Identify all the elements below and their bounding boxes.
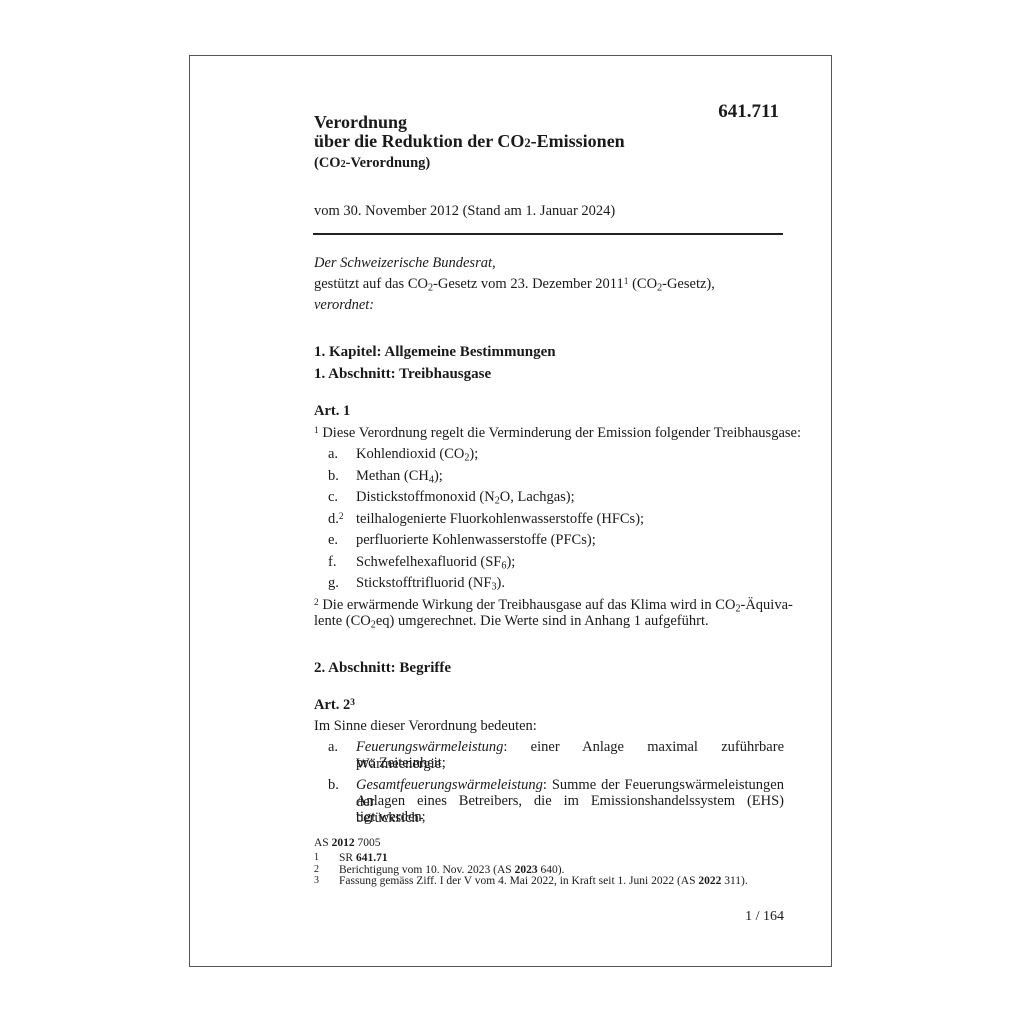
article-intro: Im Sinne dieser Verordnung bedeuten: (314, 718, 537, 735)
date-line: vom 30. November 2012 (Stand am 1. Janua… (314, 203, 615, 220)
title-line-2: über die Reduktion der CO2-Emissionen (314, 131, 625, 152)
article-heading: Art. 23 (314, 697, 355, 714)
preamble-basis: gestützt auf das CO2-Gesetz vom 23. Deze… (314, 276, 715, 293)
page-number: 1 / 164 (745, 909, 784, 925)
preamble-verb: verordnet: (314, 297, 374, 314)
title-line-1: Verordnung (314, 112, 407, 133)
definition-text: pro Zeiteinheit; (356, 755, 446, 772)
short-title: (CO2-Verordnung) (314, 155, 430, 172)
section-heading: 1. Abschnitt: Treibhausgase (314, 366, 491, 383)
list-item-label: f. (328, 554, 336, 571)
sr-number: 641.711 (718, 101, 779, 123)
footnote-number: 3 (314, 875, 319, 886)
list-item-label: e. (328, 532, 338, 549)
section-heading: 2. Abschnitt: Begriffe (314, 660, 451, 677)
list-item: Stickstofftrifluorid (NF3). (356, 575, 505, 592)
list-item: perfluorierte Kohlenwasserstoffe (PFCs); (356, 532, 596, 549)
footnote-ref[interactable]: 3 (350, 698, 355, 708)
header-divider (313, 233, 783, 235)
footnote-ref[interactable]: 2 (339, 511, 344, 521)
list-item: Distickstoffmonoxid (N2O, Lachgas); (356, 489, 575, 506)
article-paragraph: 1 Diese Verordnung regelt die Verminderu… (314, 425, 801, 442)
list-item-label: c. (328, 489, 338, 506)
list-item-label: g. (328, 575, 339, 592)
list-item: Kohlendioxid (CO2); (356, 446, 478, 463)
footnote-number: 1 (314, 852, 319, 863)
article-paragraph: 2 Die erwärmende Wirkung der Treibhausga… (314, 597, 784, 614)
article-paragraph-continued: lente (CO2eq) umgerechnet. Die Werte sin… (314, 613, 709, 630)
list-item: teilhalogenierte Fluorkohlenwasserstoffe… (356, 511, 644, 528)
footnote-text: Fassung gemäss Ziff. I der V vom 4. Mai … (339, 875, 748, 887)
preamble-authority: Der Schweizerische Bundesrat, (314, 255, 496, 272)
list-item: Methan (CH4); (356, 468, 443, 485)
definition-text: tigt werden; (356, 809, 426, 826)
list-item-label: b. (328, 468, 339, 485)
list-item: Schwefelhexafluorid (SF6); (356, 554, 515, 571)
footnote-number: 2 (314, 864, 319, 875)
footnote-text: Berichtigung vom 10. Nov. 2023 (AS 2023 … (339, 864, 564, 876)
document-page: 641.711 Verordnung über die Reduktion de… (189, 55, 832, 967)
footnote-text: SR 641.71 (339, 852, 388, 864)
article-heading: Art. 1 (314, 403, 350, 420)
list-item-label: a. (328, 446, 338, 463)
list-item-label: b. (328, 777, 339, 794)
list-item-label: a. (328, 739, 338, 756)
as-reference: AS 2012 7005 (314, 837, 380, 849)
chapter-heading: 1. Kapitel: Allgemeine Bestimmungen (314, 344, 556, 361)
list-item-label: d.2 (328, 511, 344, 528)
